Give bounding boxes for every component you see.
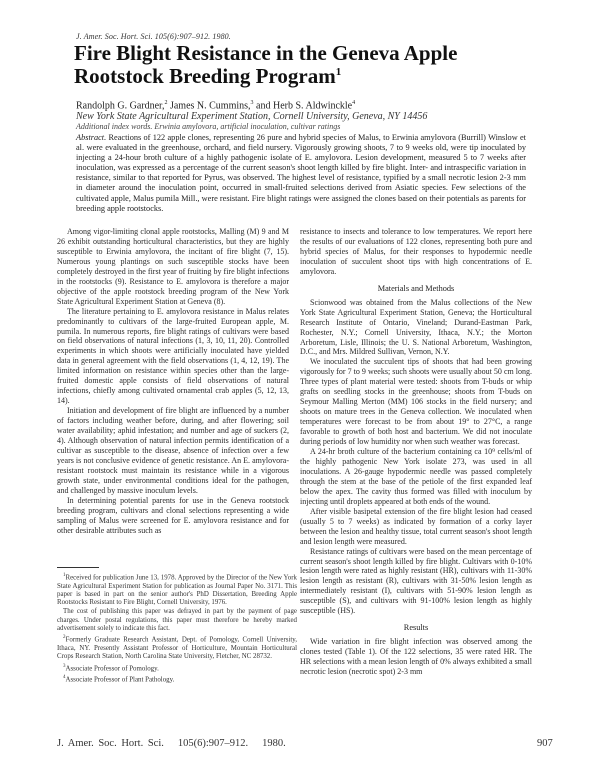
article-title: Fire Blight Resistance in the Geneva App… <box>74 42 544 88</box>
body-paragraph: Initiation and development of fire bligh… <box>57 406 289 496</box>
footer-volume: 105(6):907–912. <box>178 738 248 749</box>
footnote-text: Associate Professor of Plant Pathology. <box>66 676 175 683</box>
author-name: Randolph G. Gardner, <box>76 100 164 111</box>
body-paragraph: In determining potential parents for use… <box>57 496 289 536</box>
body-paragraph: Among vigor-limiting clonal apple rootst… <box>57 227 289 307</box>
footnote-text: The cost of publishing this paper was de… <box>57 608 297 632</box>
body-paragraph: The literature pertaining to E. amylovor… <box>57 307 289 407</box>
footnote: 1Received for publication June 13, 1978.… <box>57 572 297 607</box>
body-paragraph: Scionwood was obtained from the Malus co… <box>300 298 532 358</box>
author-footnote-mark: 4 <box>352 100 355 106</box>
footnote: 3Associate Professor of Pomology. <box>57 663 297 674</box>
page-footer-citation: J. Amer. Soc. Hort. Sci.105(6):907–912.1… <box>57 738 300 749</box>
footnotes: 1Received for publication June 13, 1978.… <box>57 572 297 686</box>
title-text: Fire Blight Resistance in the Geneva App… <box>74 41 457 88</box>
body-paragraph: resistance to insects and tolerance to l… <box>300 227 532 277</box>
footnote: The cost of publishing this paper was de… <box>57 608 297 633</box>
body-paragraph: Wide variation in fire blight infection … <box>300 637 532 677</box>
footnote-text: Formerly Graduate Research Assistant, De… <box>57 637 297 661</box>
section-heading-results: Results <box>300 623 532 633</box>
index-words: Additional index words. Erwinia amylovor… <box>76 122 340 131</box>
right-text-column: resistance to insects and tolerance to l… <box>300 227 532 677</box>
footnote: 4Associate Professor of Plant Pathology. <box>57 674 297 685</box>
author-affiliation: New York State Agricultural Experiment S… <box>76 111 427 122</box>
body-paragraph: We inoculated the succulent tips of shoo… <box>300 357 532 447</box>
author-list: Randolph G. Gardner,2 James N. Cummins,3… <box>76 100 355 111</box>
footnote: 2Formerly Graduate Research Assistant, D… <box>57 634 297 661</box>
body-paragraph: Resistance ratings of cultivars were bas… <box>300 547 532 617</box>
body-paragraph: A 24-hr broth culture of the bacterium c… <box>300 447 532 507</box>
abstract-label: Abstract. <box>76 133 106 142</box>
body-paragraph: After visible basipetal extension of the… <box>300 507 532 547</box>
author-name: James N. Cummins, <box>167 100 250 111</box>
abstract-text: Reactions of 122 apple clones, represent… <box>76 133 526 213</box>
title-footnote-mark: 1 <box>336 66 342 78</box>
journal-page: J. Amer. Soc. Hort. Sci. 105(6):907–912.… <box>0 0 600 778</box>
footnote-divider <box>57 567 99 568</box>
author-name: and Herb S. Aldwinckle <box>254 100 353 111</box>
footnote-text: Associate Professor of Pomology. <box>66 665 159 672</box>
footer-year: 1980. <box>262 738 286 749</box>
footer-journal: J. Amer. Soc. Hort. Sci. <box>57 738 164 749</box>
left-text-column: Among vigor-limiting clonal apple rootst… <box>57 227 289 536</box>
page-number: 907 <box>537 738 553 749</box>
journal-reference: J. Amer. Soc. Hort. Sci. 105(6):907–912.… <box>76 32 231 41</box>
footnote-text: Received for publication June 13, 1978. … <box>57 574 297 606</box>
abstract: Abstract. Reactions of 122 apple clones,… <box>76 133 526 214</box>
section-heading-materials-methods: Materials and Methods <box>300 284 532 294</box>
